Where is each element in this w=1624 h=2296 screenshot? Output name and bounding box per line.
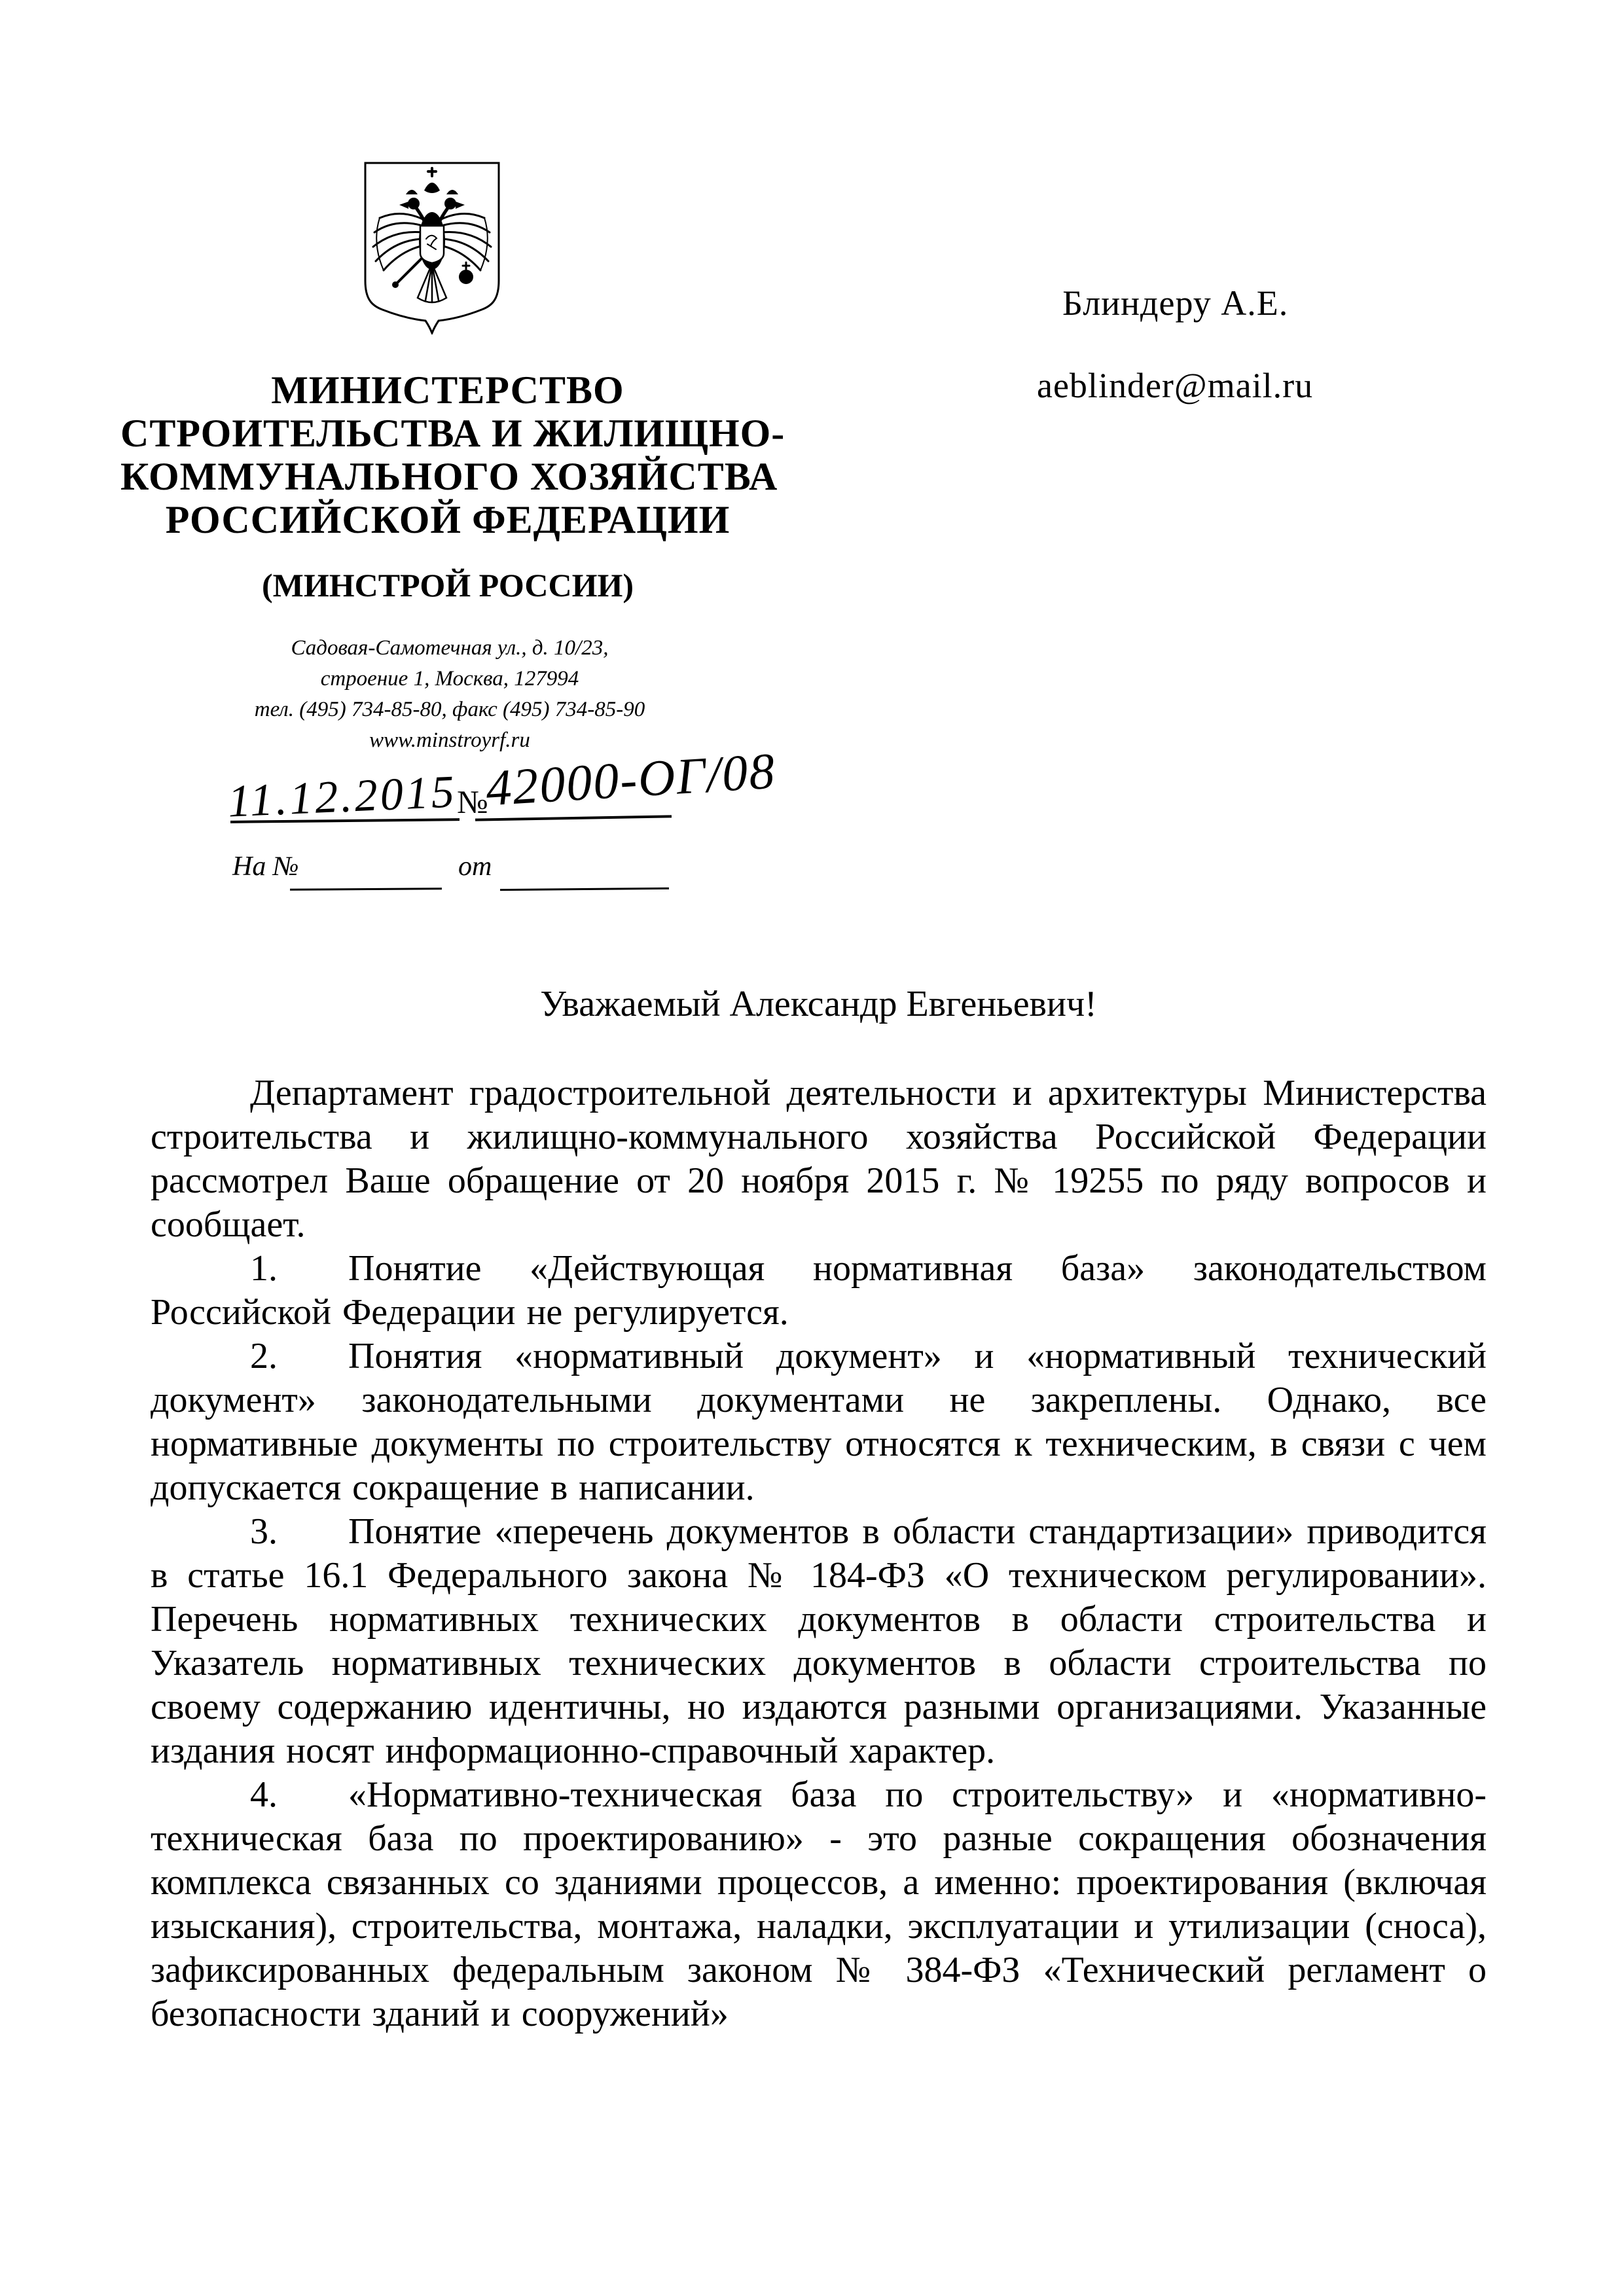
address-block: Садовая-Самотечная ул., д. 10/23,строени… [122, 633, 777, 756]
coat-of-arms-icon [361, 159, 503, 334]
body-paragraph: Департамент градостроительной деятельнос… [151, 1071, 1487, 1247]
address-line: тел. (495) 734-85-80, факс (495) 734-85-… [122, 694, 777, 725]
ministry-name: МИНИСТЕРСТВОСТРОИТЕЛЬСТВА И ЖИЛИЩНО-КОММ… [120, 368, 775, 541]
letter-body: Департамент градостроительной деятельнос… [151, 1071, 1487, 2036]
ministry-name-line: СТРОИТЕЛЬСТВА И ЖИЛИЩНО- [120, 412, 775, 455]
body-paragraph: 2.Понятия «нормативный документ» и «норм… [151, 1335, 1487, 1510]
body-paragraph: 4.«Нормативно-техническая база по строит… [151, 1773, 1487, 2036]
paragraph-number: 4. [250, 1773, 348, 1817]
address-line: Садовая-Самотечная ул., д. 10/23, [122, 633, 777, 664]
ministry-name-line: КОММУНАЛЬНОГО ХОЗЯЙСТВА [120, 455, 775, 498]
paragraph-text: Понятие «перечень документов в области с… [151, 1511, 1487, 1771]
paragraph-text: «Нормативно-техническая база по строител… [151, 1774, 1487, 2034]
body-paragraph: 1.Понятие «Действующая нормативная база»… [151, 1247, 1487, 1335]
address-line: строение 1, Москва, 127994 [122, 664, 777, 694]
body-paragraph: 3.Понятие «перечень документов в области… [151, 1510, 1487, 1773]
reply-prefix: На № [232, 851, 298, 882]
paragraph-text: Понятия «нормативный документ» и «нормат… [151, 1336, 1487, 1508]
letter-page: МИНИСТЕРСТВОСТРОИТЕЛЬСТВА И ЖИЛИЩНО-КОММ… [0, 0, 1624, 2296]
salutation: Уважаемый Александр Евгеньевич! [151, 983, 1487, 1025]
paragraph-number: 1. [250, 1247, 348, 1291]
paragraph-text: Департамент градостроительной деятельнос… [151, 1073, 1487, 1245]
paragraph-number: 3. [250, 1510, 348, 1554]
ministry-short-name: (МИНСТРОЙ РОССИИ) [120, 567, 775, 603]
recipient-email: aeblinder@mail.ru [1037, 365, 1313, 406]
paragraph-text: Понятие «Действующая нормативная база» з… [151, 1248, 1487, 1333]
recipient-name: Блиндеру А.Е. [1062, 283, 1288, 323]
reply-from-label: от [458, 851, 492, 882]
paragraph-number: 2. [250, 1335, 348, 1378]
reply-number-underline [290, 888, 442, 891]
ministry-name-line: РОССИЙСКОЙ ФЕДЕРАЦИИ [120, 498, 775, 541]
reply-date-underline [500, 888, 669, 891]
ministry-name-line: МИНИСТЕРСТВО [120, 368, 775, 412]
number-sign: № [457, 783, 488, 821]
